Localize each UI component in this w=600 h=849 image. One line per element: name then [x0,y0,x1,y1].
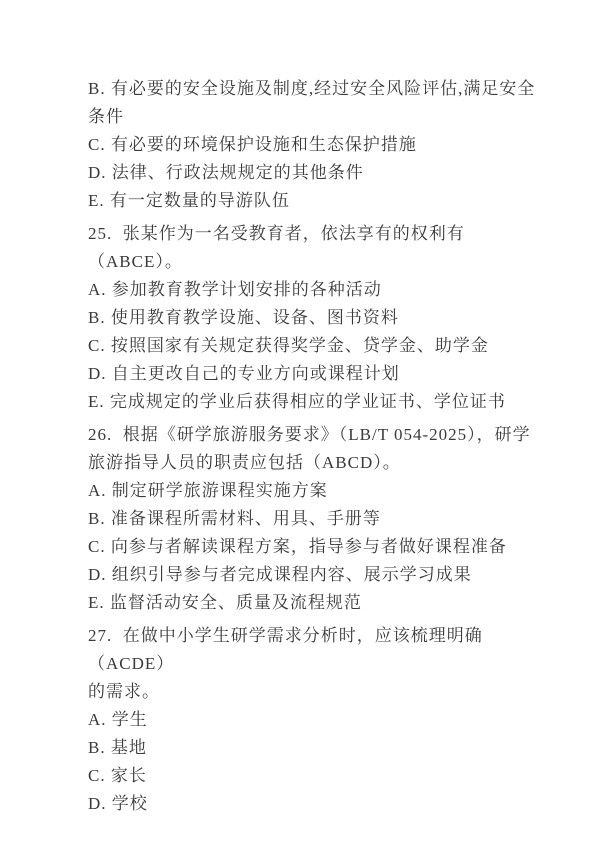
option-line-a: A. 学生 [88,706,540,734]
question-27-stem: 27. 在做中小学生研学需求分析时，应该梳理明确（ACDE） [88,622,540,678]
exam-text-body: B. 有必要的安全设施及制度,经过安全风险评估,满足安全 条件 C. 有必要的环… [0,0,600,818]
question-27-block: 27. 在做中小学生研学需求分析时，应该梳理明确（ACDE） 的需求。 A. 学… [88,622,540,818]
option-line-b: B. 准备课程所需材料、用具、手册等 [88,505,540,533]
option-line-a: A. 制定研学旅游课程实施方案 [88,477,540,505]
option-line-d: D. 学校 [88,790,540,818]
question-26-stem: 26. 根据《研学旅游服务要求》（LB/T 054-2025），研学 [88,421,540,449]
option-line-e: E. 完成规定的学业后获得相应的学业证书、学位证书 [88,388,540,416]
option-line-b: B. 有必要的安全设施及制度,经过安全风险评估,满足安全 [88,75,540,103]
option-line-b: B. 使用教育教学设施、设备、图书资料 [88,304,540,332]
option-line-c: C. 有必要的环境保护设施和生态保护措施 [88,131,540,159]
document-page: B. 有必要的安全设施及制度,经过安全风险评估,满足安全 条件 C. 有必要的环… [0,0,600,849]
option-line-c: C. 按照国家有关规定获得奖学金、贷学金、助学金 [88,332,540,360]
option-line-d: D. 组织引导参与者完成课程内容、展示学习成果 [88,561,540,589]
option-line-b: B. 基地 [88,734,540,762]
option-line-c: C. 家长 [88,762,540,790]
option-line-a: A. 参加教育教学计划安排的各种活动 [88,276,540,304]
option-line-e: E. 有一定数量的导游队伍 [88,187,540,215]
question-24-options-continued: B. 有必要的安全设施及制度,经过安全风险评估,满足安全 条件 C. 有必要的环… [88,75,540,215]
question-25-block: 25. 张某作为一名受教育者，依法享有的权利有（ABCE）。 A. 参加教育教学… [88,220,540,416]
question-26-block: 26. 根据《研学旅游服务要求》（LB/T 054-2025），研学 旅游指导人… [88,421,540,617]
option-line-d: D. 法律、行政法规规定的其他条件 [88,159,540,187]
option-line-e: E. 监督活动安全、质量及流程规范 [88,589,540,617]
option-line-b-wrap: 条件 [88,103,540,131]
option-line-d: D. 自主更改自己的专业方向或课程计划 [88,360,540,388]
option-line-c: C. 向参与者解读课程方案，指导参与者做好课程准备 [88,533,540,561]
question-27-stem-wrap: 的需求。 [88,678,540,706]
question-25-stem: 25. 张某作为一名受教育者，依法享有的权利有（ABCE）。 [88,220,540,276]
question-26-stem-wrap: 旅游指导人员的职责应包括（ABCD）。 [88,449,540,477]
